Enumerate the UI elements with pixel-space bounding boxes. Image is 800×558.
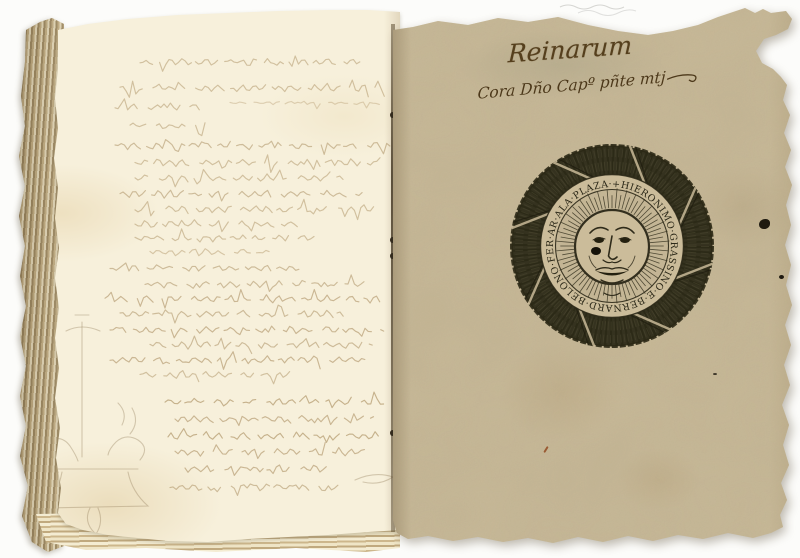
- left-page: [28, 8, 400, 548]
- right-page: Reinarum Cora Dño Capº pñte mtj: [393, 5, 795, 550]
- ink-speck: [42, 24, 45, 27]
- sun-face-seal-stamp: +HIERONIMO·GRASSINO·E·BERNARD·BELONO·FER…: [502, 136, 722, 356]
- scan-background: Reinarum Cora Dño Capº pñte mtj: [0, 0, 800, 558]
- ink-speck: [37, 20, 41, 23]
- ink-speck: [713, 373, 717, 375]
- page-title-reinarum: Reinarum: [500, 30, 641, 69]
- right-page-paper: Reinarum Cora Dño Capº pñte mtj: [393, 5, 795, 550]
- ink-blot-on-face: [591, 247, 601, 255]
- ink-blot: [759, 219, 770, 229]
- ink-blot: [779, 275, 784, 279]
- red-fiber-inclusion: [543, 446, 548, 453]
- left-page-paper: [28, 8, 400, 548]
- pencil-sketch-cross-monument: [28, 8, 400, 548]
- page-subtitle-text: Cora Dño Capº pñte mtj: [477, 68, 666, 103]
- page-subtitle: Cora Dño Capº pñte mtj: [471, 65, 706, 104]
- pen-flourish: [665, 68, 700, 85]
